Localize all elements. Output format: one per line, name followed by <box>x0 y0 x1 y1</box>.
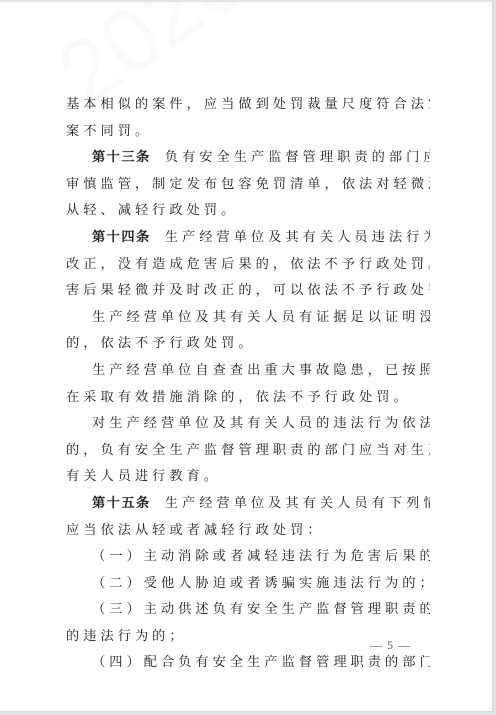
text-line: 从轻、减轻行政处罚。 <box>66 198 430 225</box>
text-line: 应当依法从轻或者减轻行政处罚： <box>66 518 430 545</box>
article-14-first-line: 第十四条生产经营单位及其有关人员违法行为轻微并及时 <box>66 225 430 252</box>
text-line: 负有安全生产监督管理职责的部门应当实行包容 <box>165 150 430 165</box>
text-line: 在采取有效措施消除的，依法不予行政处罚。 <box>66 385 430 412</box>
article-number: 第十三条 <box>92 150 151 165</box>
text-line: 的，负有安全生产监督管理职责的部门应当对生产经营单位及其 <box>66 438 430 465</box>
article-15-first-line: 第十五条生产经营单位及其有关人员有下列情形之一的， <box>66 491 430 518</box>
list-item: （二）受他人胁迫或者诱骗实施违法行为的； <box>66 571 430 598</box>
text-line: 的，依法不予行政处罚。 <box>66 331 430 358</box>
text-line: 生产经营单位及其有关人员有证据足以证明没有主观过错 <box>66 305 430 332</box>
list-item: （三）主动供述负有安全生产监督管理职责的部门尚未掌握 <box>66 597 430 624</box>
document-page: 2020 9731 基本相似的案件，应当做到处罚裁量尺度符合法定要求，避免类 案… <box>0 2 493 712</box>
text-line: 案不同罚。 <box>66 119 430 146</box>
article-number: 第十四条 <box>92 230 151 245</box>
page-number: — 5 — <box>370 638 411 653</box>
text-line: 生产经营单位及其有关人员违法行为轻微并及时 <box>165 230 430 245</box>
article-number: 第十五条 <box>92 496 151 511</box>
article-13-first-line: 第十三条负有安全生产监督管理职责的部门应当实行包容 <box>66 145 430 172</box>
list-item: （一）主动消除或者减轻违法行为危害后果的； <box>66 544 430 571</box>
list-item: （四）配合负有安全生产监督管理职责的部门查处违法行为 <box>66 650 430 677</box>
text-line: 有关人员进行教育。 <box>66 464 430 491</box>
text-line: 审慎监管，制定发布包容免罚清单，依法对轻微违法行为免予、 <box>66 172 430 199</box>
document-body: 基本相似的案件，应当做到处罚裁量尺度符合法定要求，避免类 案不同罚。 第十三条负… <box>66 92 430 677</box>
text-line: 基本相似的案件，应当做到处罚裁量尺度符合法定要求，避免类 <box>66 92 430 119</box>
text-line: 生产经营单位及其有关人员有下列情形之一的， <box>165 496 430 511</box>
text-line: 改正，没有造成危害后果的，依法不予行政处罚。初次违法且危 <box>66 252 430 279</box>
text-line: 害后果轻微并及时改正的，可以依法不予行政处罚。 <box>66 278 430 305</box>
text-line: 生产经营单位自查查出重大事故隐患，已按照规定报告并正 <box>66 358 430 385</box>
text-line: 对生产经营单位及其有关人员的违法行为依法不予行政处罚 <box>66 411 430 438</box>
